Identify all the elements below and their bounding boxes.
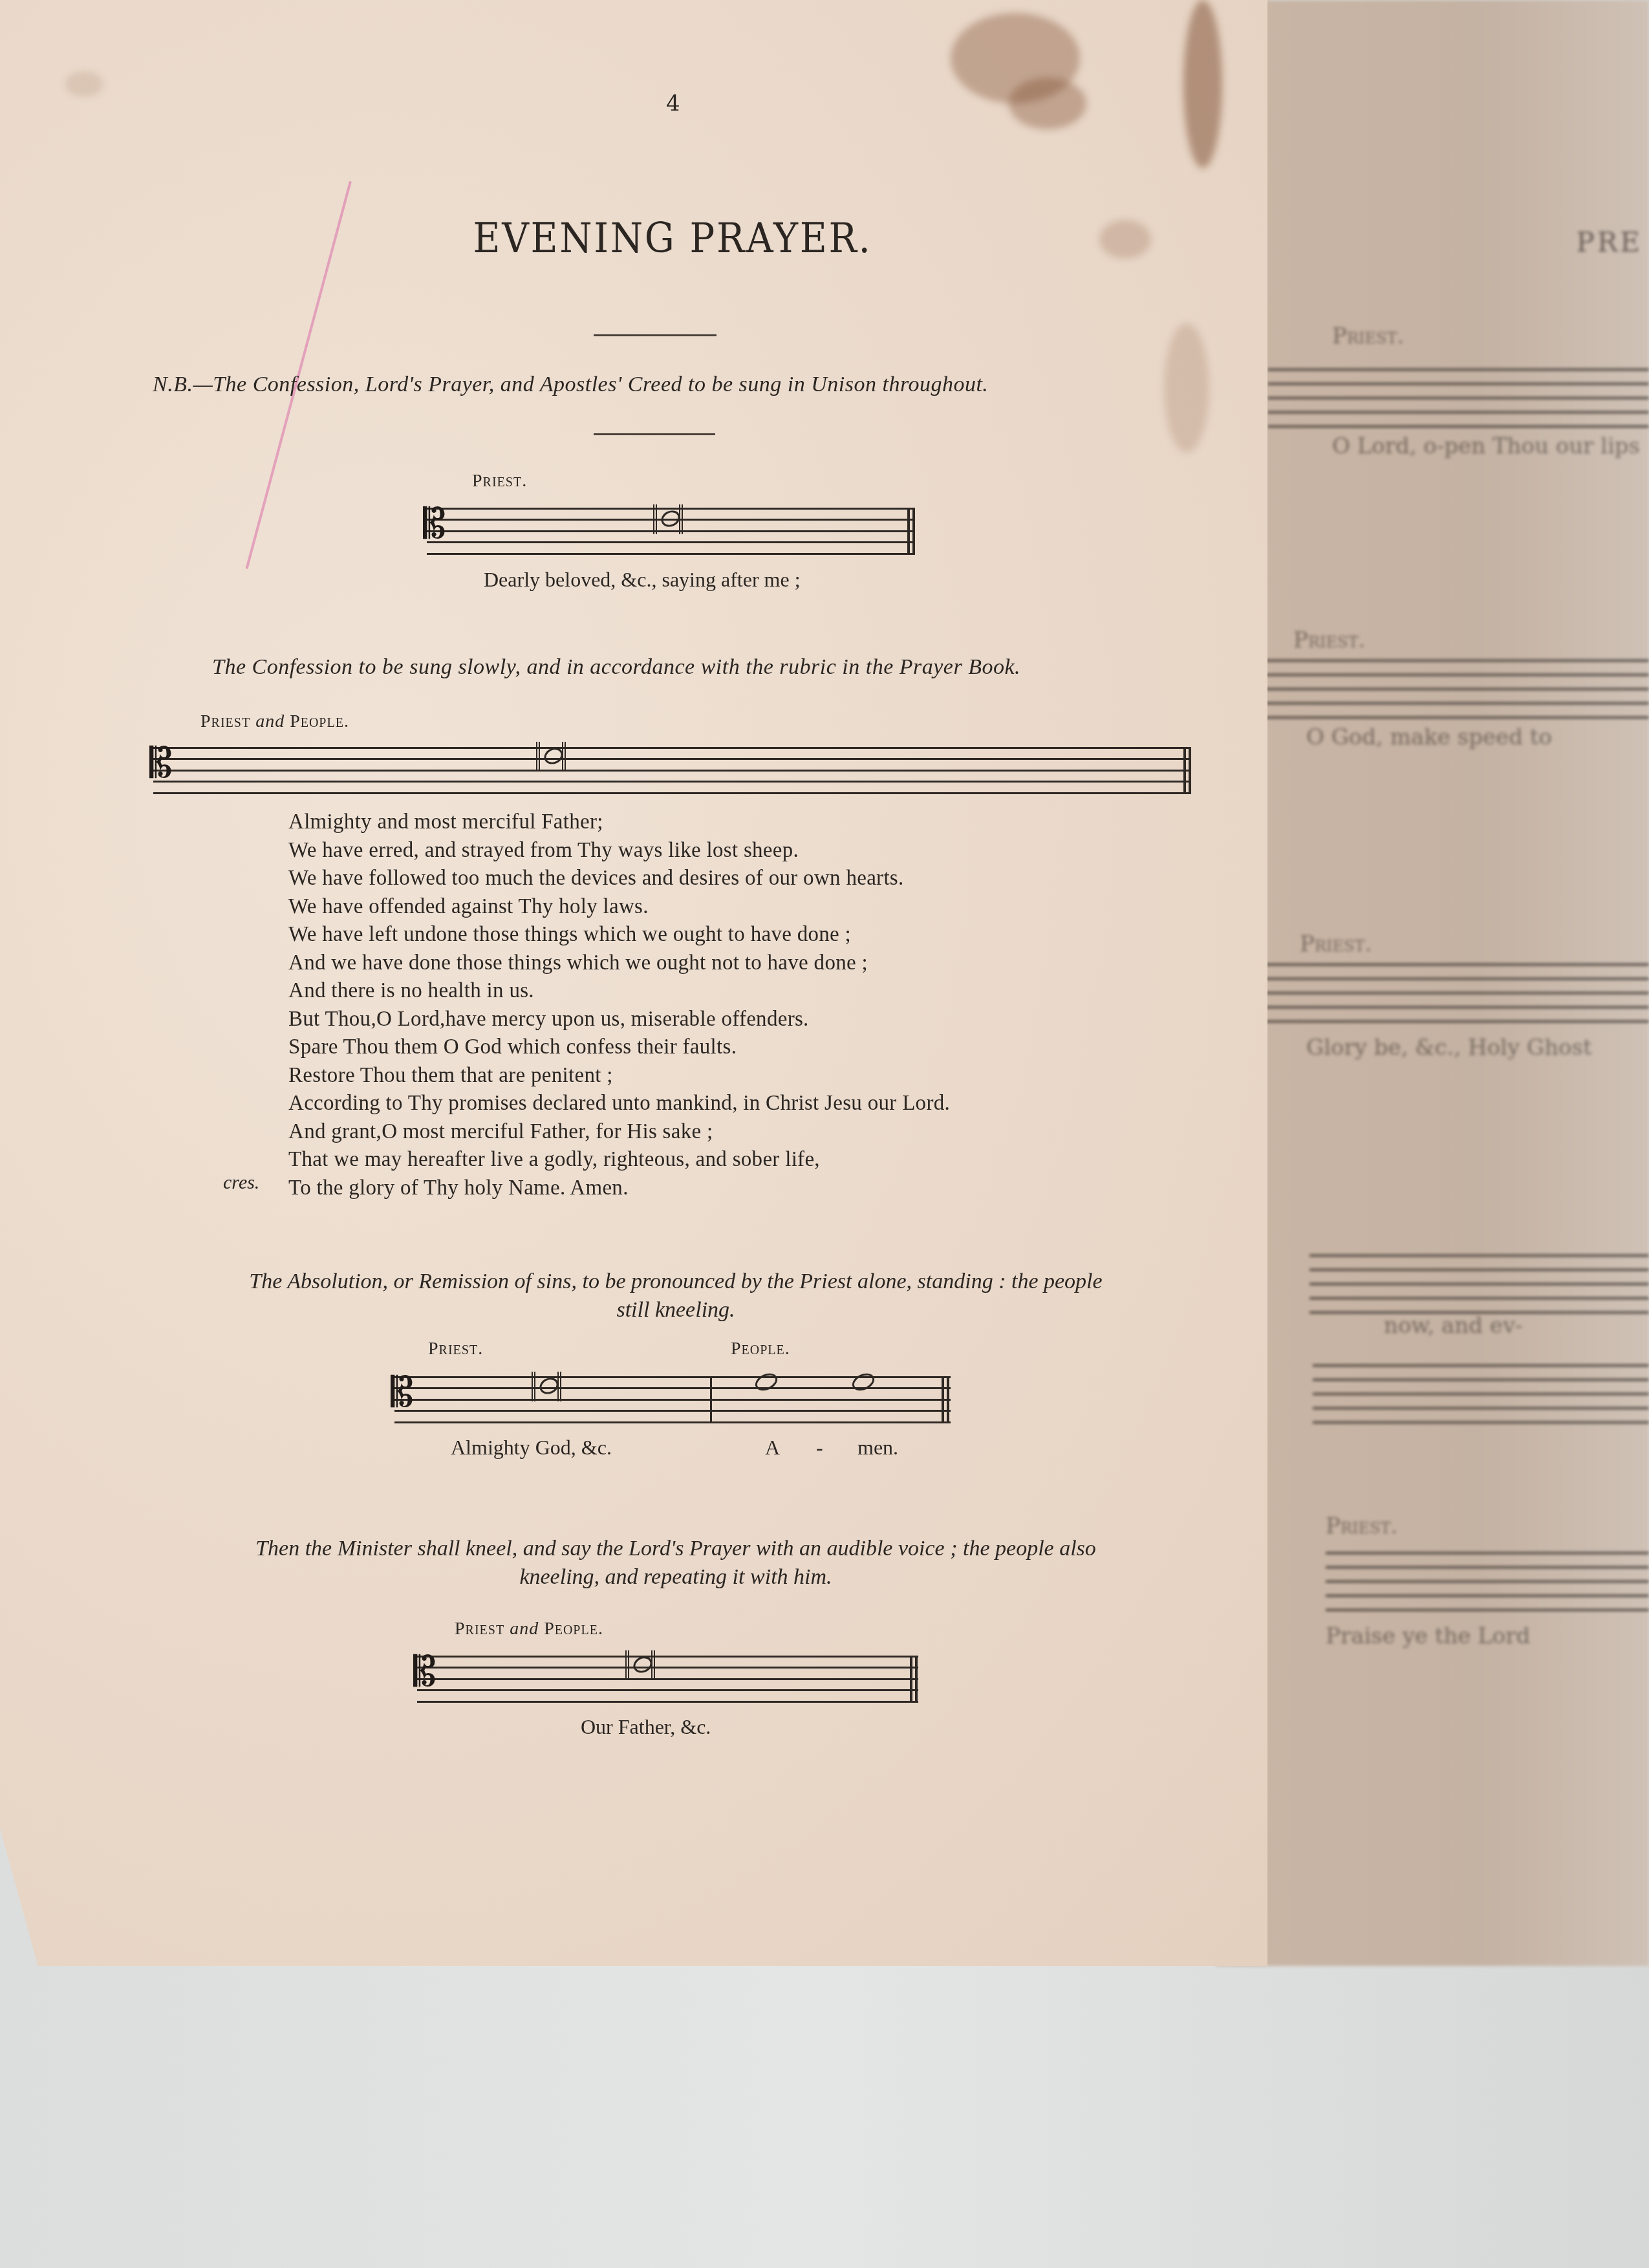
final-barline bbox=[910, 1656, 918, 1703]
facing-treble-staff bbox=[1309, 1255, 1649, 1312]
facing-staff bbox=[1326, 1552, 1649, 1609]
c-clef-icon: 𝄡 bbox=[423, 504, 446, 545]
divider bbox=[594, 334, 717, 336]
amen-hyphen: - bbox=[816, 1436, 823, 1460]
facing-staff bbox=[1242, 964, 1649, 1021]
music-staff: 𝄡 bbox=[417, 1656, 918, 1701]
absolution-rubric: The Absolution, or Remission of sins, to… bbox=[168, 1268, 1183, 1324]
staff-label-priest-and-people: Priest and People. bbox=[200, 711, 349, 732]
barline bbox=[710, 1376, 712, 1423]
document-page: 4 EVENING PRAYER. N.B.—The Confession, L… bbox=[0, 0, 1267, 1966]
staff-label-priest: Priest. bbox=[472, 471, 527, 491]
c-clef-icon: 𝄡 bbox=[391, 1372, 414, 1414]
facing-page-header: PRE bbox=[1576, 226, 1643, 258]
facing-staff-label: Priest. bbox=[1293, 627, 1365, 653]
amen-syllable-men: men. bbox=[857, 1436, 898, 1460]
breve-note-icon bbox=[625, 1657, 655, 1674]
dynamic-marking: cres. bbox=[223, 1172, 259, 1194]
confession-text: Almighty and most merciful Father; We ha… bbox=[288, 808, 950, 1202]
staff-label-people: People. bbox=[731, 1339, 790, 1359]
text-line: That we may hereafter live a godly, righ… bbox=[288, 1146, 950, 1174]
staff-caption: Our Father, &c. bbox=[581, 1715, 711, 1739]
amen-syllable-a: A bbox=[765, 1436, 780, 1460]
foxing-stain bbox=[1183, 0, 1222, 168]
text-line: We have followed too much the devices an… bbox=[288, 865, 950, 893]
facing-staff-label: Priest. bbox=[1300, 931, 1372, 957]
c-clef-icon: 𝄡 bbox=[149, 743, 173, 784]
music-staff: 𝄡 bbox=[427, 508, 915, 553]
final-barline bbox=[907, 508, 915, 555]
breve-note-icon bbox=[653, 511, 683, 528]
text-line: But Thou,O Lord,have mercy upon us, mise… bbox=[288, 1006, 950, 1034]
page-number: 4 bbox=[666, 91, 680, 116]
breve-note-icon bbox=[850, 1374, 880, 1391]
music-staff: 𝄡 bbox=[153, 747, 1191, 792]
text-line: According to Thy promises declared unto … bbox=[288, 1090, 950, 1118]
text-line: We have erred, and strayed from Thy ways… bbox=[288, 837, 950, 865]
nb-note: N.B.—The Confession, Lord's Prayer, and … bbox=[153, 373, 988, 397]
text-line: We have left undone those things which w… bbox=[288, 921, 950, 949]
facing-lyric: O Lord, o-pen Thou our lips bbox=[1332, 433, 1640, 459]
lords-prayer-rubric: Then the Minister shall kneel, and say t… bbox=[168, 1535, 1183, 1592]
final-barline bbox=[942, 1376, 949, 1423]
text-line: And there is no health in us. bbox=[288, 977, 950, 1006]
staff-caption: Dearly beloved, &c., saying after me ; bbox=[484, 568, 801, 592]
breve-note-icon bbox=[536, 748, 566, 765]
foxing-stain bbox=[1164, 323, 1209, 453]
breve-note-icon bbox=[532, 1378, 561, 1395]
final-barline bbox=[1183, 747, 1191, 794]
facing-lyric: now, and ev- bbox=[1384, 1313, 1523, 1339]
text-line: We have offended against Thy holy laws. bbox=[288, 893, 950, 922]
facing-page: PRE Priest. O Lord, o-pen Thou our lips … bbox=[1216, 0, 1649, 1966]
divider bbox=[594, 433, 715, 435]
facing-staff bbox=[1235, 660, 1649, 717]
confession-rubric: The Confession to be sung slowly, and in… bbox=[212, 655, 1020, 680]
text-line: To the glory of Thy holy Name. Amen. bbox=[288, 1174, 950, 1203]
breve-note-icon bbox=[753, 1374, 783, 1391]
c-clef-icon: 𝄡 bbox=[413, 1652, 436, 1693]
text-line: Restore Thou them that are penitent ; bbox=[288, 1062, 950, 1090]
facing-bass-staff bbox=[1313, 1365, 1649, 1421]
text-line: And we have done those things which we o… bbox=[288, 949, 950, 978]
foxing-stain bbox=[65, 71, 103, 97]
facing-staff-label: Priest. bbox=[1332, 323, 1404, 349]
page-title: EVENING PRAYER. bbox=[67, 215, 1278, 263]
facing-lyric: O God, make speed to bbox=[1306, 724, 1552, 750]
staff-label-priest: Priest. bbox=[428, 1339, 483, 1359]
staff-label-priest-and-people: Priest and People. bbox=[455, 1619, 603, 1639]
text-line: Spare Thou them O God which confess thei… bbox=[288, 1033, 950, 1062]
foxing-stain bbox=[1009, 78, 1086, 129]
text-line: Almighty and most merciful Father; bbox=[288, 808, 950, 837]
facing-staff bbox=[1267, 369, 1649, 426]
text-line: And grant,O most merciful Father, for Hi… bbox=[288, 1118, 950, 1147]
facing-lyric: Glory be, &c., Holy Ghost bbox=[1306, 1035, 1592, 1061]
priest-caption: Almighty God, &c. bbox=[451, 1436, 612, 1460]
facing-lyric: Praise ye the Lord bbox=[1326, 1623, 1530, 1649]
facing-staff-label: Priest. bbox=[1326, 1513, 1397, 1539]
music-staff: 𝄡 bbox=[394, 1376, 951, 1421]
